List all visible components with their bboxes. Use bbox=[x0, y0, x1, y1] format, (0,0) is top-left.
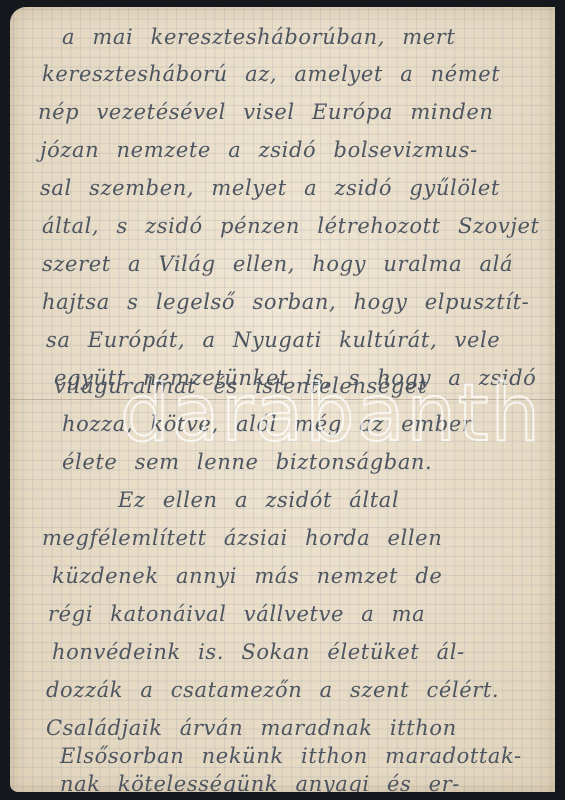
text-line: a mai keresztesháborúban, mert bbox=[62, 25, 455, 49]
text-line: honvédeink is. Sokan életüket ál- bbox=[52, 640, 465, 664]
text-line: Elsősorban nekünk itthon maradottak- bbox=[60, 744, 522, 768]
text-line: nép vezetésével visel Európa minden bbox=[38, 100, 494, 124]
text-line: nak kötelességünk anyagi és er- bbox=[60, 772, 460, 792]
text-line: sal szemben, melyet a zsidó gyűlölet bbox=[40, 176, 500, 200]
letter-page: a mai keresztesháborúban, mert keresztes… bbox=[10, 7, 555, 792]
text-line: dozzák a csatamezőn a szent célért. bbox=[46, 678, 499, 702]
text-line: által, s zsidó pénzen létrehozott Szovje… bbox=[42, 214, 540, 238]
scanned-document: a mai keresztesháborúban, mert keresztes… bbox=[0, 0, 565, 800]
text-line: régi katonáival vállvetve a ma bbox=[48, 602, 425, 626]
text-line: sa Európát, a Nyugati kultúrát, vele bbox=[46, 328, 500, 352]
text-line: világuralmat és istentelenséget bbox=[54, 374, 427, 398]
text-line: küzdenek annyi más nemzet de bbox=[52, 564, 442, 588]
handwritten-text: a mai keresztesháborúban, mert keresztes… bbox=[10, 7, 555, 792]
text-line: Ez ellen a zsidót által bbox=[118, 488, 399, 512]
text-line: szeret a Világ ellen, hogy uralma alá bbox=[42, 252, 513, 276]
text-line: józan nemzete a zsidó bolsevizmus- bbox=[40, 138, 478, 162]
text-line: élete sem lenne biztonságban. bbox=[62, 450, 432, 474]
text-line: keresztesháború az, amelyet a német bbox=[42, 62, 500, 86]
text-line: hozza, kötve, alól még az ember bbox=[62, 412, 472, 436]
text-line: megfélemlített ázsiai horda ellen bbox=[42, 526, 442, 550]
text-line: Családjaik árván maradnak itthon bbox=[46, 716, 457, 740]
text-line: hajtsa s legelső sorban, hogy elpusztít- bbox=[42, 290, 529, 314]
